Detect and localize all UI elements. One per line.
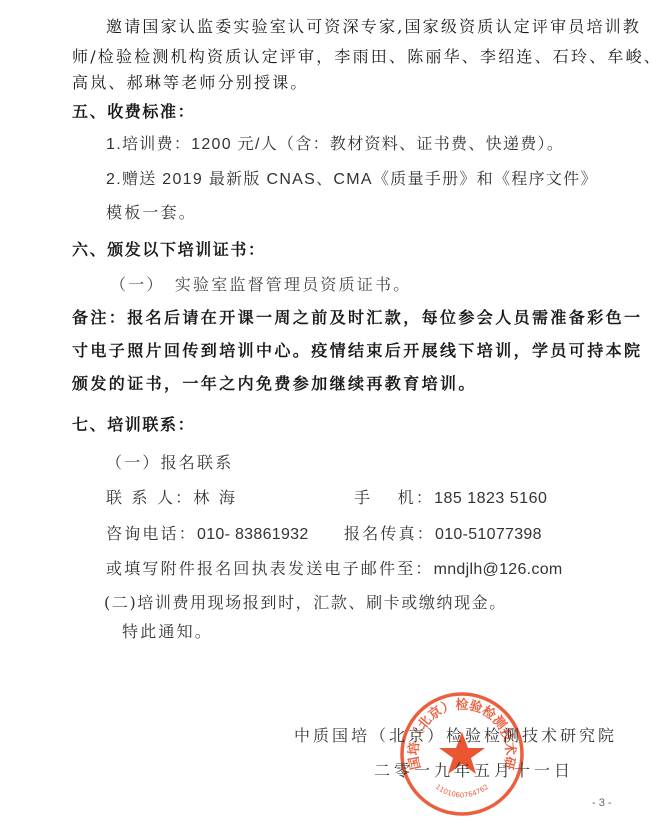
phone-label: 咨询电话： — [106, 524, 197, 543]
email-label: 或填写附件报名回执表发送电子邮件至： — [106, 559, 434, 578]
fax-row: 报名传真：010-51077398 — [344, 524, 542, 545]
official-seal-icon: 中质国培（北京）检验检测技术研究院 1101060764762 — [398, 690, 526, 818]
mobile-value: 185 1823 5160 — [434, 490, 547, 507]
mobile-row: 手 机：185 1823 5160 — [354, 488, 547, 509]
fee-item-1: 1.培训费：1200 元/人（含：教材资料、证书费、快递费）。 — [106, 135, 564, 155]
section-6-heading: 六、颁发以下培训证书： — [72, 240, 266, 260]
note-line-3: 颁发的证书，一年之内免费参加继续再教育培训。 — [72, 374, 477, 394]
intro-line-2: 师/检验检测机构资质认定评审，李雨田、陈丽华、李绍连、石玲、牟峻、 — [72, 47, 662, 67]
fax-label: 报名传真： — [344, 524, 435, 543]
phone-value: 010- 83861932 — [197, 526, 309, 543]
closing-text: 特此通知。 — [122, 622, 213, 642]
mobile-label: 手 机： — [354, 488, 434, 507]
intro-line-1: 邀请国家认监委实验室认可资深专家,国家级资质认定评审员培训教 — [106, 17, 641, 37]
section-7-heading: 七、培训联系： — [72, 415, 195, 435]
phone-row: 咨询电话：010- 83861932 — [106, 524, 309, 545]
contact-person-label: 联 系 人： — [106, 488, 193, 507]
certificate-item-1: （一） 实验室监督管理员资质证书。 — [110, 275, 411, 295]
note-line-2: 寸电子照片回传到培训中心。疫情结束后开展线下培训，学员可持本院 — [72, 341, 642, 361]
fee-item-2: 2.赠送 2019 最新版 CNAS、CMA《质量手册》和《程序文件》 — [106, 170, 598, 190]
svg-text:1101060764762: 1101060764762 — [434, 783, 490, 800]
contact-person-row: 联 系 人：林 海 — [106, 488, 237, 508]
fee-item-2-cont: 模板一套。 — [106, 203, 197, 223]
email-row: 或填写附件报名回执表发送电子邮件至：mndjlh@126.com — [106, 559, 563, 580]
email-link[interactable]: mndjlh@126.com — [434, 561, 563, 578]
note-line-1: 备注：报名后请在开课一周之前及时汇款，每位参会人员需准备彩色一 — [72, 308, 642, 328]
payment-note: (二)培训费用现场报到时，汇款、刷卡或缴纳现金。 — [104, 593, 507, 613]
contact-person-value: 林 海 — [193, 488, 237, 507]
signature-date: 二零一九年五月十一日 — [374, 761, 574, 781]
fax-value: 010-51077398 — [435, 526, 542, 543]
section-5-heading: 五、收费标准： — [72, 102, 195, 122]
page-number: - 3 - — [592, 797, 612, 809]
registration-contact-subheading: （一）报名联系 — [106, 453, 233, 473]
signature-organization: 中质国培（北京）检验检测技术研究院 — [294, 726, 617, 746]
intro-line-3: 高岚、郝琳等老师分别授课。 — [72, 73, 309, 93]
